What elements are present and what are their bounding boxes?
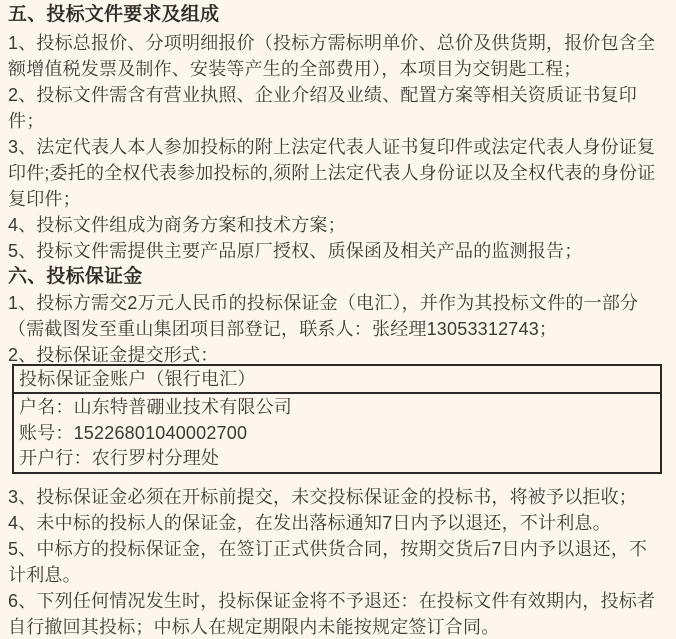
deposit-account-table: 投标保证金账户（银行电汇） 户名：山东特普硼业技术有限公司 账号：1522680… [12,364,662,474]
section-5-clause-2: 2、投标文件需含有营业执照、企业介绍及业绩、配置方案等相关资质证书复印 件； [8,82,670,134]
section-6-clause-6: 6、下列任何情况发生时，投标保证金将不予退还：在投标文件有效期内，投标者 自行撤… [8,588,670,639]
deposit-table-header: 投标保证金账户（银行电汇） [14,366,660,394]
section-6-clause-3: 3、投标保证金必须在开标前提交，未交投标保证金的投标书，将被予以拒收； [8,484,670,510]
section-6-clause-1: 1、投标方需交2万元人民币的投标保证金（电汇），并作为其投标文件的一部分 （需截… [8,290,670,342]
section-5-clause-4: 4、投标文件组成为商务方案和技术方案； [8,212,670,238]
section-5-clause-1: 1、投标总报价、分项明细报价（投标方需标明单价、总价及供货期，报价包含全 额增值… [8,30,670,82]
account-name-row: 户名：山东特普硼业技术有限公司 [19,395,660,421]
section-6-heading: 六、投标保证金 [8,264,670,290]
section-5-heading: 五、投标文件要求及组成 [8,0,670,30]
tender-document: 五、投标文件要求及组成 1、投标总报价、分项明细报价（投标方需标明单价、总价及供… [0,0,676,639]
section-6-clause-5: 5、中标方的投标保证金，在签订正式供货合同，按期交货后7日内予以退还，不 计利息… [8,536,670,588]
section-5-clause-5: 5、投标文件需提供主要产品原厂授权、质保函及相关产品的监测报告； [8,238,670,264]
account-number-row: 账号：15226801040002700 [19,421,660,447]
deposit-table-body: 户名：山东特普硼业技术有限公司 账号：15226801040002700 开户行… [14,394,660,472]
bank-branch-row: 开户行：农行罗村分理处 [19,446,660,472]
section-5-clause-3: 3、法定代表人本人参加投标的附上法定代表人证书复印件或法定代表人身份证复 印件;… [8,134,670,212]
section-6-clause-4: 4、未中标的投标人的保证金，在发出落标通知7日内予以退还，不计利息。 [8,510,670,536]
